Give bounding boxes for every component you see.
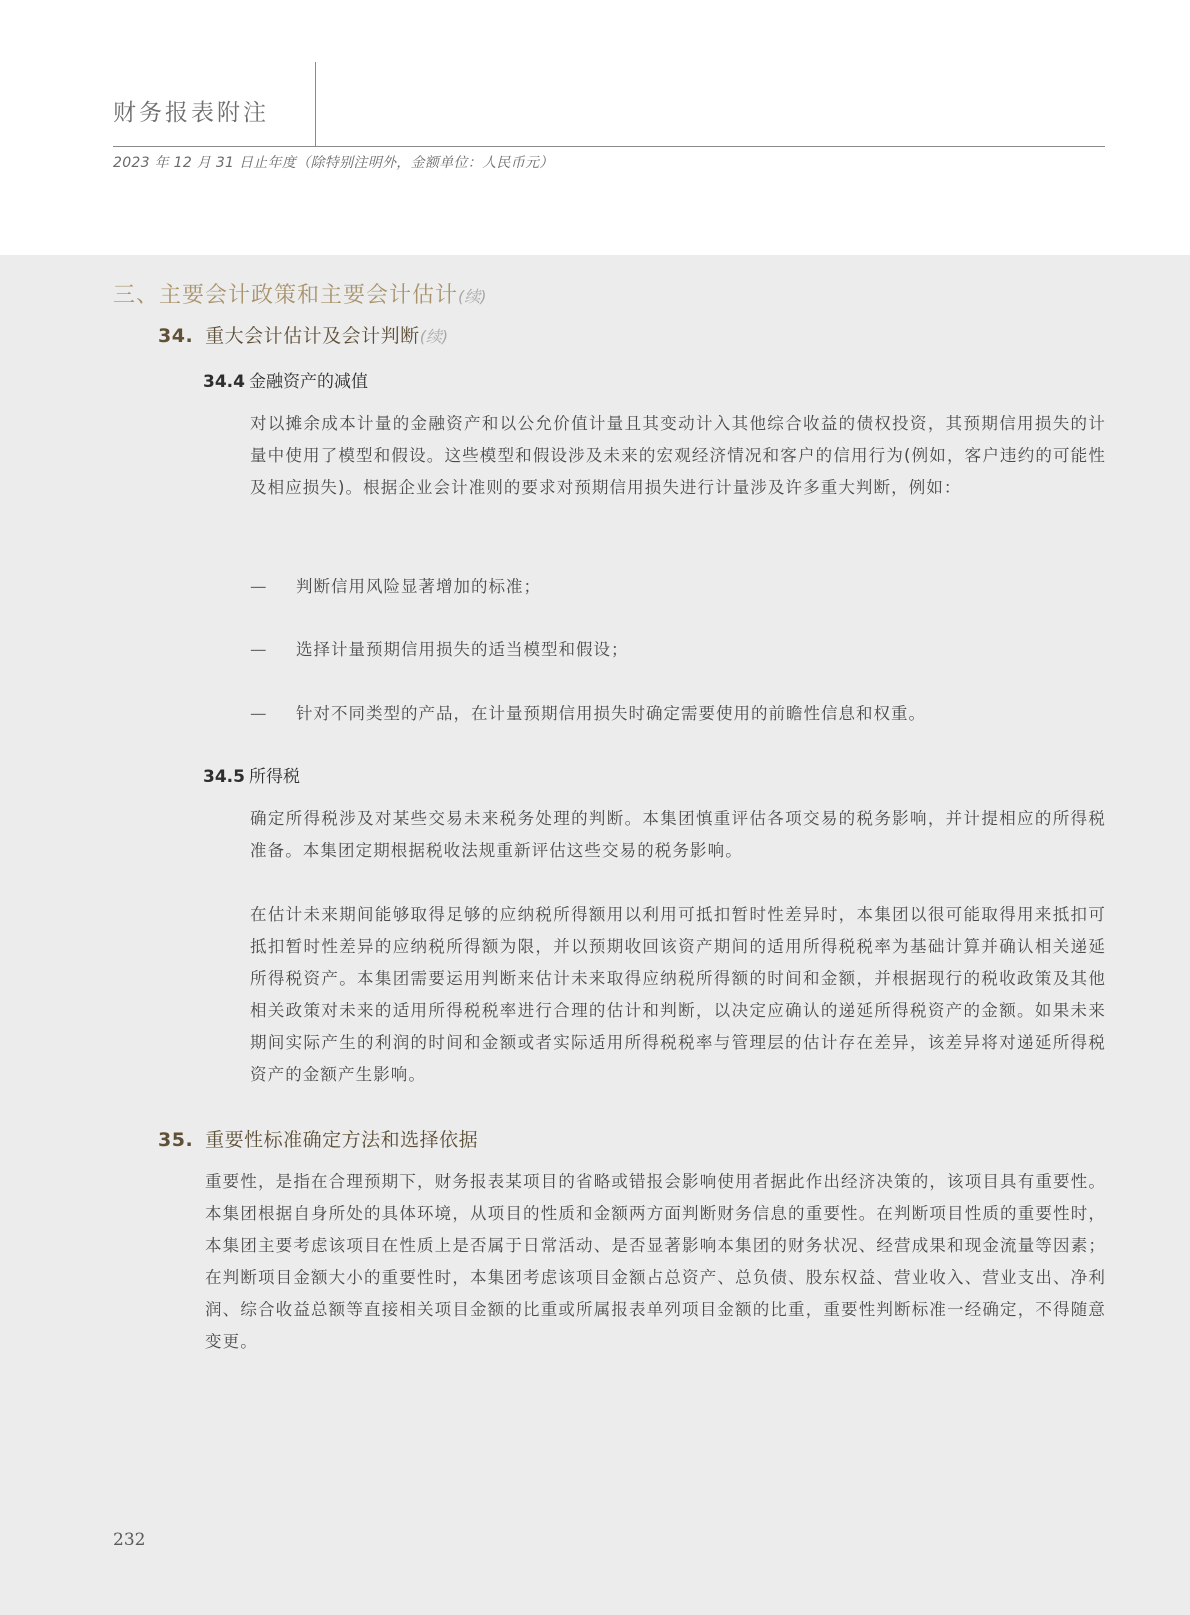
- note-34-4-bullet: —针对不同类型的产品，在计量预期信用损失时确定需要使用的前瞻性信息和权重。: [250, 700, 926, 724]
- note-34-4-paragraph: 对以摊余成本计量的金融资产和以公允价值计量且其变动计入其他综合收益的债权投资，其…: [250, 408, 1106, 504]
- bullet-text: 判断信用风险显著增加的标准；: [296, 577, 541, 596]
- note-34-5-heading: 34.5所得税: [203, 762, 300, 787]
- header-subtitle: 2023 年 12 月 31 日止年度（除特别注明外，金额单位：人民币元）: [113, 152, 554, 172]
- note-34-continued-label: (续): [420, 327, 449, 346]
- note-35-number: 35.: [158, 1129, 193, 1151]
- note-34-title: 重大会计估计及会计判断: [205, 325, 420, 347]
- note-34-5-title: 所得税: [249, 767, 300, 787]
- bullet-text: 针对不同类型的产品，在计量预期信用损失时确定需要使用的前瞻性信息和权重。: [296, 704, 926, 723]
- note-34-heading: 34.重大会计估计及会计判断(续): [158, 321, 448, 348]
- note-34-number: 34.: [158, 325, 193, 347]
- note-34-4-bullet: —判断信用风险显著增加的标准；: [250, 573, 541, 597]
- section-title: 三、主要会计政策和主要会计估计(续): [113, 278, 487, 309]
- note-34-4-number: 34.4: [203, 372, 245, 392]
- dash-icon: —: [250, 704, 296, 723]
- section-continued-label: (续): [458, 287, 487, 306]
- note-35-paragraph: 重要性，是指在合理预期下，财务报表某项目的省略或错报会影响使用者据此作出经济决策…: [205, 1166, 1106, 1358]
- note-34-4-title: 金融资产的减值: [249, 372, 368, 392]
- bullet-text: 选择计量预期信用损失的适当模型和假设；: [296, 640, 629, 659]
- note-35-title: 重要性标准确定方法和选择依据: [205, 1129, 478, 1151]
- header-title: 财务报表附注: [113, 94, 269, 127]
- section-title-text: 三、主要会计政策和主要会计估计: [113, 283, 458, 308]
- note-35-heading: 35.重要性标准确定方法和选择依据: [158, 1125, 478, 1152]
- note-34-4-bullet: —选择计量预期信用损失的适当模型和假设；: [250, 636, 629, 660]
- page-number: 232: [113, 1530, 145, 1550]
- note-34-5-paragraph-2: 在估计未来期间能够取得足够的应纳税所得额用以利用可抵扣暂时性差异时，本集团以很可…: [250, 899, 1106, 1091]
- header-horizontal-divider: [113, 146, 1105, 147]
- page-header: 财务报表附注 2023 年 12 月 31 日止年度（除特别注明外，金额单位：人…: [0, 0, 1190, 255]
- dash-icon: —: [250, 577, 296, 596]
- dash-icon: —: [250, 640, 296, 659]
- note-34-5-number: 34.5: [203, 767, 245, 787]
- header-vertical-divider: [315, 62, 316, 147]
- note-34-5-paragraph-1: 确定所得税涉及对某些交易未来税务处理的判断。本集团慎重评估各项交易的税务影响，并…: [250, 803, 1106, 867]
- note-34-4-heading: 34.4金融资产的减值: [203, 367, 368, 392]
